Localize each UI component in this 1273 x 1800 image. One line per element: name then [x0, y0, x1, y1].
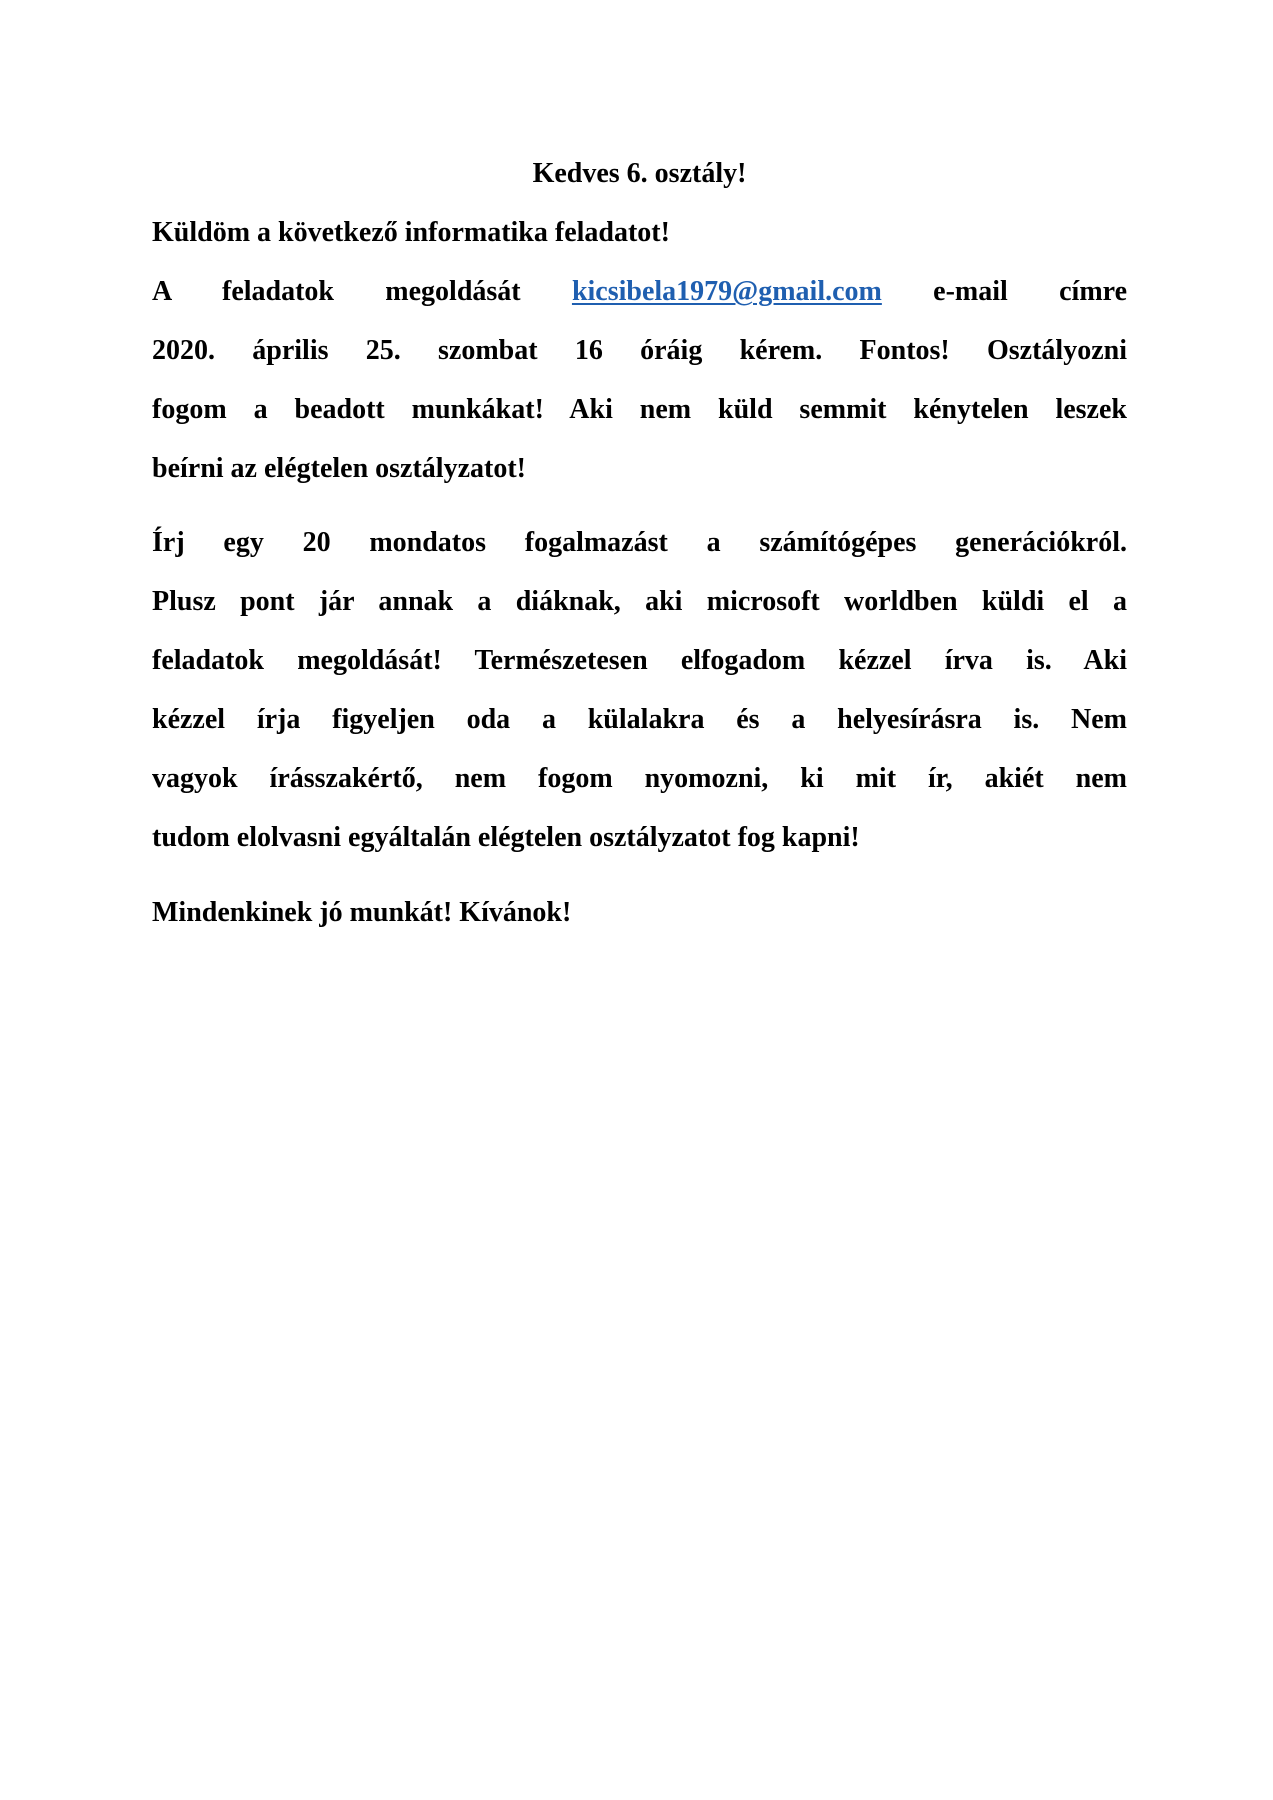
email-link[interactable]: kicsibela1979@gmail.com — [572, 276, 882, 307]
paragraph2-line: feladatok megoldását! Természetesen elfo… — [152, 643, 1127, 679]
greeting-heading: Kedves 6. osztály! — [152, 156, 1127, 192]
intro-line: Küldöm a következő informatika feladatot… — [152, 215, 1127, 251]
paragraph2-line: vagyok írásszakértő, nem fogom nyomozni,… — [152, 761, 1127, 797]
paragraph2-line: Írj egy 20 mondatos fogalmazást a számít… — [152, 525, 1127, 561]
paragraph1-line2: 2020. április 25. szombat 16 óráig kérem… — [152, 333, 1127, 369]
paragraph1-line3: fogom a beadott munkákat! Aki nem küld s… — [152, 392, 1127, 428]
paragraph2-line: Plusz pont jár annak a diáknak, aki micr… — [152, 584, 1127, 620]
closing-line: Mindenkinek jó munkát! Kívánok! — [152, 895, 1127, 931]
line1-before-link: A feladatok megoldását — [152, 276, 521, 307]
paragraph1-line1: A feladatok megoldását kicsibela1979@gma… — [152, 274, 1127, 310]
line1-after-link: e-mail címre — [933, 276, 1127, 307]
document-page: Kedves 6. osztály! Küldöm a következő in… — [0, 0, 1273, 1800]
paragraph1-line4: beírni az elégtelen osztályzatot! — [152, 451, 1127, 487]
paragraph2-line: tudom elolvasni egyáltalán elégtelen osz… — [152, 820, 1127, 856]
paragraph2-line: kézzel írja figyeljen oda a külalakra és… — [152, 702, 1127, 738]
